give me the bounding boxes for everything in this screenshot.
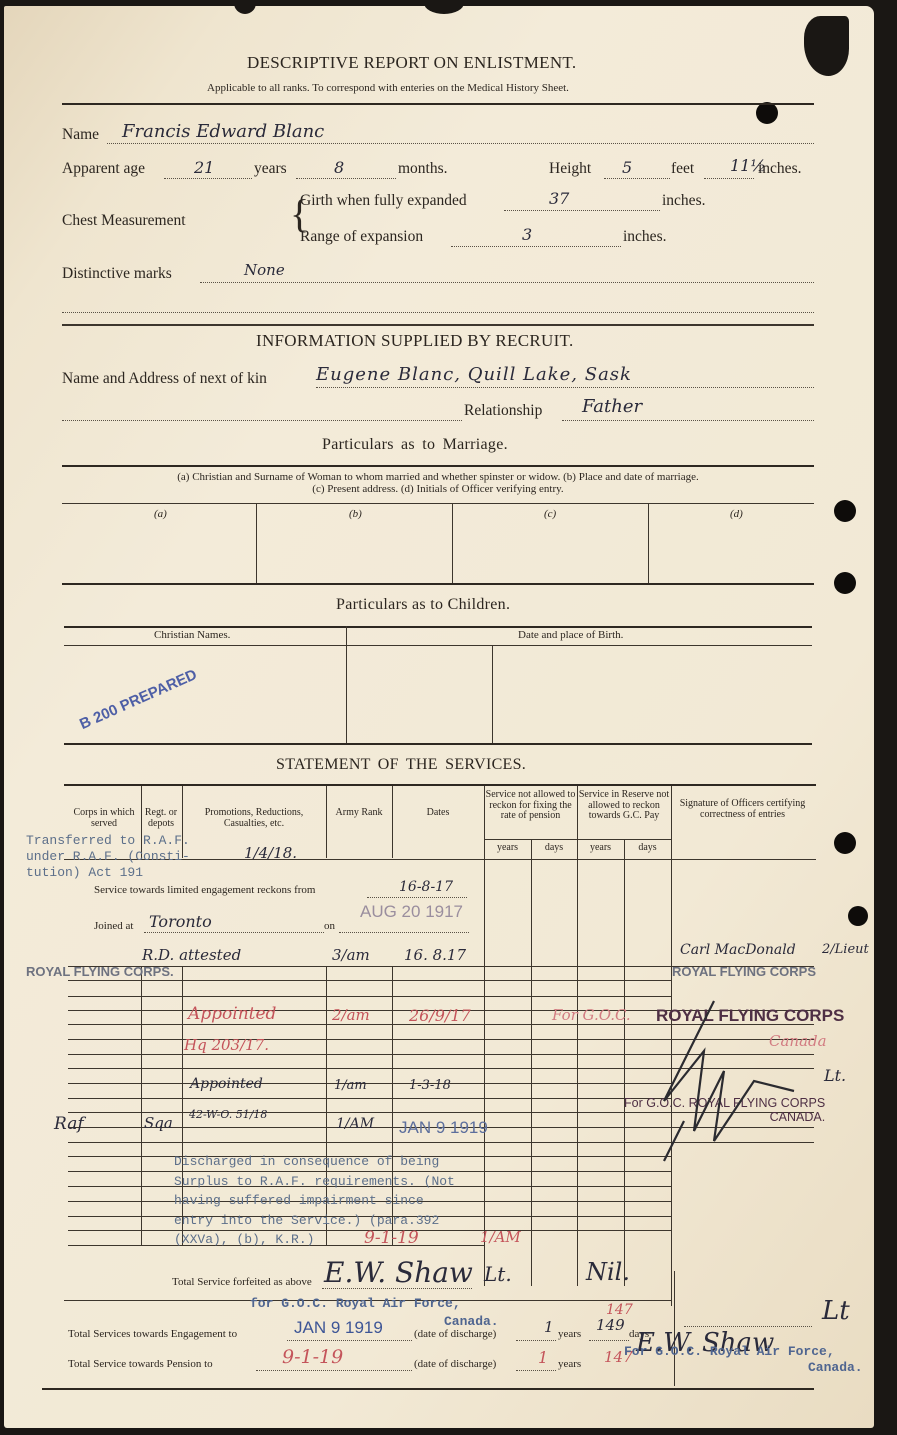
transfer-line-1: Transferred to R.A.F. [26, 833, 190, 849]
pension-date-of-discharge: (date of discharge) [414, 1358, 496, 1370]
height-feet-value: 5 [622, 158, 632, 177]
col-regt: Regt. or depots [141, 808, 181, 829]
row-rule [484, 1186, 671, 1187]
marriage-col-b: (b) [349, 508, 362, 520]
rfc-stamp-left: ROYAL FLYING CORPS. [26, 964, 174, 979]
marriage-instructions: (a) Christian and Surname of Woman to wh… [62, 471, 814, 495]
pension-years: 1 [538, 1348, 548, 1367]
col-divider [256, 503, 257, 583]
engagement-days: 149 [596, 1316, 625, 1334]
row-rule [68, 1054, 484, 1055]
col-divider [392, 786, 393, 858]
divider [62, 103, 814, 105]
entry-4-promotion: Appointed [190, 1076, 263, 1092]
marriage-instructions-line1: (a) Christian and Surname of Woman to wh… [62, 471, 814, 483]
engagement-days-line [589, 1340, 629, 1341]
marks-label: Distinctive marks [62, 265, 172, 283]
divider [62, 503, 814, 504]
chest-label: Chest Measurement [62, 212, 186, 230]
entry-5-regt: Sqa [144, 1114, 173, 1132]
row-rule [68, 1068, 484, 1069]
forfeited-label: Total Service forfeited as above [172, 1276, 312, 1288]
girth-value: 37 [549, 189, 569, 208]
range-value: 3 [522, 225, 532, 244]
girth-label: Girth when fully expanded [300, 192, 467, 210]
age-months-value: 8 [334, 158, 344, 177]
entry-1-rank: 3/am [332, 946, 370, 964]
entry-1-promotion: R.D. attested [142, 946, 241, 964]
engagement-years: 1 [544, 1318, 554, 1336]
divider [64, 784, 816, 786]
engagement-label: Service towards limited engagement recko… [94, 884, 315, 896]
divider [62, 324, 814, 326]
col-divider [326, 786, 327, 858]
name-value: Francis Edward Blanc [122, 121, 324, 142]
col-reserve-days: days [624, 843, 671, 854]
punch-hole [756, 102, 778, 124]
discharge-rank: 1/AM [480, 1228, 521, 1246]
on-label: on [324, 920, 335, 932]
col-signature: Signature of Officers certifying correct… [671, 799, 814, 820]
marriage-instructions-line2: (c) Present address. (d) Initials of Off… [62, 483, 814, 495]
pension-total-line [256, 1370, 412, 1371]
col-promotions: Promotions, Reductions, Casualties, etc. [182, 808, 326, 829]
range-label: Range of expansion [300, 228, 423, 246]
divider [62, 583, 814, 585]
forfeited-rank: Lt. [484, 1262, 512, 1286]
engagement-years-label: years [558, 1328, 581, 1340]
marks-line-2 [62, 312, 814, 313]
page-title: DESCRIPTIVE REPORT ON ENLISTMENT. [247, 53, 576, 73]
height-inches-line [704, 178, 754, 179]
signature-1: Carl MacDonald [680, 942, 796, 958]
transfer-date: 1/4/18. [244, 844, 297, 862]
inches-label: inches. [758, 160, 801, 178]
engagement-total-label: Total Services towards Engagement to [68, 1328, 237, 1340]
col-dates: Dates [392, 808, 484, 819]
engagement-value: 16-8-17 [399, 879, 453, 895]
engagement-date-of-discharge: (date of discharge) [414, 1328, 496, 1340]
col-divider [577, 786, 578, 1286]
row-rule [68, 1112, 484, 1113]
months-line [296, 178, 396, 179]
rfc-stamp-signature: ROYAL FLYING CORPS [672, 964, 816, 979]
transfer-line-3: tution) Act 191 [26, 865, 190, 881]
row-rule [484, 1201, 671, 1202]
punch-hole [848, 906, 868, 926]
pension-years-line [516, 1370, 556, 1371]
torn-edge [424, 0, 464, 14]
on-line [339, 932, 469, 933]
col-divider [624, 839, 625, 1286]
entry-4-rank: 1/am [334, 1078, 367, 1093]
entry-5-rank: 1/AM [336, 1116, 374, 1132]
row-rule [484, 996, 671, 997]
final-rank: Lt [822, 1296, 850, 1326]
pension-date: 9-1-19 [282, 1346, 343, 1368]
col-rank: Army Rank [326, 808, 392, 819]
relationship-line [562, 420, 814, 421]
entry-2-rank: 2/am [332, 1006, 370, 1024]
age-line [164, 178, 252, 179]
months-label: months. [398, 160, 448, 178]
signature-scrawl [644, 991, 804, 1181]
entry-5-corps: Raf [54, 1114, 84, 1134]
punch-hole [834, 572, 856, 594]
col-corps: Corps in which served [68, 808, 140, 829]
torn-edge [234, 0, 256, 14]
range-unit: inches. [623, 228, 666, 246]
kin-line-2 [62, 420, 462, 421]
feet-label: feet [671, 160, 694, 178]
row-rule [68, 1142, 484, 1143]
entry-1-date: 16. 8.17 [404, 946, 466, 964]
engagement-line [367, 897, 467, 898]
transfer-line-2: under R.A.F. (Consti- [26, 849, 190, 865]
discharge-date: 9-1-19 [364, 1228, 419, 1248]
divider [64, 743, 812, 745]
entry-4-date: 1-3-18 [409, 1078, 451, 1093]
aug-date-stamp: AUG 20 1917 [360, 902, 463, 922]
marriage-col-a: (a) [154, 508, 167, 520]
engagement-date-stamp: JAN 9 1919 [294, 1318, 383, 1338]
marks-value: None [244, 261, 285, 279]
enlistment-form-page: DESCRIPTIVE REPORT ON ENLISTMENT. Applic… [4, 6, 874, 1428]
pension-years-label: years [558, 1358, 581, 1370]
joined-line [144, 932, 324, 933]
final-stamp-line1: For G.O.C. Royal Air Force, [624, 1344, 835, 1359]
height-label: Height [549, 160, 591, 178]
col-divider [648, 503, 649, 583]
divider [64, 626, 812, 628]
marriage-heading: Particulars as to Marriage. [322, 436, 508, 454]
entry-2-date: 26/9/17 [409, 1006, 471, 1025]
row-rule [484, 1083, 671, 1084]
b200-prepared-stamp: B 200 PREPARED [77, 666, 199, 733]
range-line [451, 246, 621, 247]
row-rule [68, 1039, 484, 1040]
col-pension: Service not allowed to reckon for fixing… [484, 790, 577, 822]
row-rule [484, 1216, 671, 1217]
engagement-total-line [287, 1340, 412, 1341]
col-reserve: Service in Reserve not allowed to reckon… [577, 790, 671, 822]
discharge-line-1: Discharged in consequence of being [174, 1152, 455, 1172]
row-rule [484, 1156, 671, 1157]
years-label: years [254, 160, 287, 178]
engagement-years-line [516, 1340, 556, 1341]
punch-hole [834, 500, 856, 522]
services-heading: STATEMENT OF THE SERVICES. [276, 756, 526, 774]
entry-2-promotion: Appointed [188, 1004, 276, 1024]
row-rule [484, 1171, 671, 1172]
col-divider [531, 839, 532, 1286]
col-divider [484, 786, 485, 1286]
page-subtitle: Applicable to all ranks. To correspond w… [207, 82, 569, 94]
divider [62, 465, 814, 467]
forfeited-signature: E.W. Shaw [324, 1256, 473, 1289]
row-rule [68, 1098, 484, 1099]
pension-total-label: Total Service towards Pension to [68, 1358, 213, 1370]
kin-value: Eugene Blanc, Quill Lake, Sask [316, 364, 632, 385]
discharge-line-2: Surplus to R.A.F. requirements. (Not [174, 1172, 455, 1192]
col-divider [452, 503, 453, 583]
marriage-col-c: (c) [544, 508, 556, 520]
age-years-value: 21 [194, 158, 214, 177]
relationship-label: Relationship [464, 402, 542, 420]
joined-value: Toronto [149, 912, 212, 931]
torn-edge [804, 16, 849, 76]
nil-entry: Nil. [586, 1258, 630, 1286]
divider [42, 1388, 814, 1390]
entry-5-promotion: 42-W-O. 51/18 [189, 1108, 267, 1121]
col-divider [346, 626, 347, 744]
signature-1-rank: 2/Lieut [822, 942, 869, 957]
final-signature-line [684, 1326, 812, 1327]
col-pension-years: years [484, 843, 531, 854]
signature-red-note: For G.O.C. [552, 1006, 631, 1024]
kin-line [316, 387, 814, 388]
row-rule [484, 980, 671, 981]
joined-label: Joined at [94, 920, 133, 932]
age-label: Apparent age [62, 160, 145, 178]
girth-line [504, 210, 660, 211]
transfer-typed-note: Transferred to R.A.F. under R.A.F. (Cons… [26, 833, 190, 881]
entry-3-promotion: Hq 203/17. [184, 1036, 269, 1054]
signature-rank-2: Lt. [824, 1066, 846, 1085]
punch-hole [834, 832, 856, 854]
raf-stamp-line1: for G.O.C. Royal Air Force, [250, 1296, 461, 1311]
row-rule [68, 996, 484, 997]
row-rule [68, 980, 484, 981]
entry-5-date-stamp: JAN 9 1919 [399, 1118, 488, 1138]
name-line [107, 143, 814, 144]
col-divider [492, 645, 493, 744]
kin-label: Name and Address of next of kin [62, 370, 267, 388]
raf-stamp-line2: Canada. [444, 1314, 499, 1329]
engagement-days-corrected: 147 [606, 1302, 633, 1318]
col-reserve-years: years [577, 843, 624, 854]
height-feet-line [604, 178, 670, 179]
recruit-info-heading: INFORMATION SUPPLIED BY RECRUIT. [256, 331, 574, 351]
discharge-line-3: having suffered impairment since [174, 1191, 455, 1211]
final-stamp-line2: Canada. [808, 1360, 863, 1375]
col-divider [141, 966, 142, 1246]
relationship-value: Father [582, 396, 642, 417]
name-label: Name [62, 126, 99, 144]
marriage-col-d: (d) [730, 508, 743, 520]
marks-line [200, 282, 814, 283]
children-heading: Particulars as to Children. [336, 596, 510, 614]
divider [64, 645, 812, 646]
children-col-names: Christian Names. [154, 629, 230, 641]
girth-unit: inches. [662, 192, 705, 210]
col-pension-days: days [531, 843, 577, 854]
children-col-birth: Date and place of Birth. [518, 629, 623, 641]
